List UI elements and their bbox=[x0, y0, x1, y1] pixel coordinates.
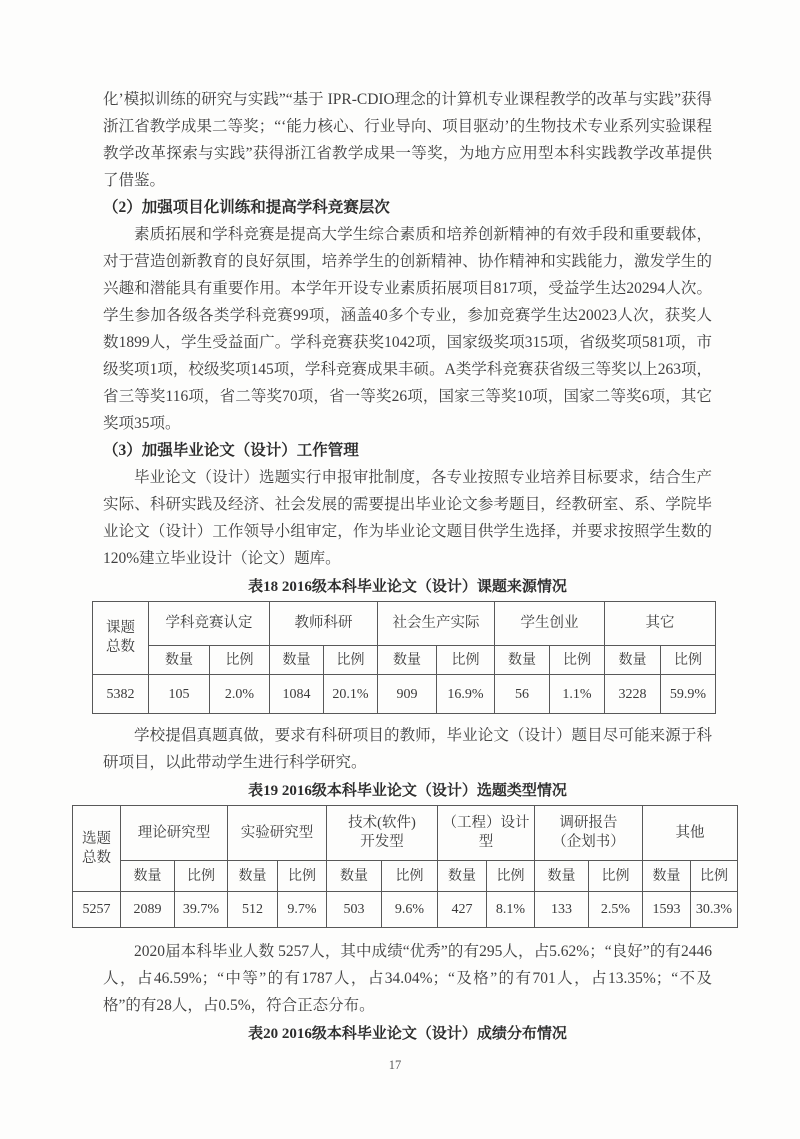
t19-subheader-count: 数量 bbox=[438, 861, 487, 892]
t18-ratio-cell: 20.1% bbox=[324, 675, 378, 714]
t19-subheader-count: 数量 bbox=[643, 861, 691, 892]
t19-subheader-count: 数量 bbox=[535, 861, 589, 892]
t19-ratio-cell: 8.1% bbox=[487, 892, 535, 928]
t19-header-row-1: 选题总数 理论研究型 实验研究型 技术(软件)开发型 （工程）设计型 调研报告（… bbox=[73, 806, 738, 861]
t19-corner-header: 选题总数 bbox=[73, 806, 121, 892]
t18-count-cell: 909 bbox=[378, 675, 437, 714]
t19-subheader-count: 数量 bbox=[121, 861, 175, 892]
t18-group-header-startup: 学生创业 bbox=[495, 602, 605, 646]
t19-subheader-count: 数量 bbox=[327, 861, 382, 892]
t18-subheader-ratio: 比例 bbox=[550, 646, 605, 675]
t19-subheader-ratio: 比例 bbox=[589, 861, 643, 892]
document-page: 化’模拟训练的研究与实践”“基于 IPR-CDIO理念的计算机专业课程教学的改革… bbox=[0, 0, 800, 1139]
t18-count-cell: 3228 bbox=[605, 675, 661, 714]
table18-caption: 表18 2016级本科毕业论文（设计）课题来源情况 bbox=[103, 575, 712, 599]
t19-group-header-engineering: （工程）设计型 bbox=[438, 806, 535, 861]
t19-count-cell: 512 bbox=[228, 892, 278, 928]
t18-subheader-count: 数量 bbox=[495, 646, 550, 675]
t19-ratio-cell: 2.5% bbox=[589, 892, 643, 928]
t18-subheader-count: 数量 bbox=[378, 646, 437, 675]
t18-subheader-count: 数量 bbox=[149, 646, 210, 675]
t19-ratio-cell: 9.6% bbox=[382, 892, 438, 928]
t18-data-row: 5382 105 2.0% 1084 20.1% 909 16.9% 56 1.… bbox=[93, 675, 716, 714]
t18-subheader-ratio: 比例 bbox=[661, 646, 716, 675]
t19-subheader-count: 数量 bbox=[228, 861, 278, 892]
t19-total-cell: 5257 bbox=[73, 892, 121, 928]
t18-ratio-cell: 16.9% bbox=[437, 675, 495, 714]
t19-subheader-ratio: 比例 bbox=[487, 861, 535, 892]
t18-count-cell: 1084 bbox=[270, 675, 324, 714]
t18-header-row-1: 课题总数 学科竞赛认定 教师科研 社会生产实际 学生创业 其它 bbox=[93, 602, 716, 646]
t18-group-header-research: 教师科研 bbox=[270, 602, 378, 646]
t19-subheader-ratio: 比例 bbox=[382, 861, 438, 892]
t19-subheader-ratio: 比例 bbox=[278, 861, 327, 892]
t18-ratio-cell: 1.1% bbox=[550, 675, 605, 714]
page-body: 化’模拟训练的研究与实践”“基于 IPR-CDIO理念的计算机专业课程教学的改革… bbox=[0, 0, 800, 1046]
t18-ratio-cell: 2.0% bbox=[210, 675, 270, 714]
section-heading-thesis: （3）加强毕业论文（设计）工作管理 bbox=[103, 437, 712, 464]
paragraph-real-topics: 学校提倡真题真做，要求有科研项目的教师，毕业论文（设计）题目尽可能来源于科研项目… bbox=[103, 722, 712, 776]
t19-count-cell: 1593 bbox=[643, 892, 691, 928]
t18-subheader-ratio: 比例 bbox=[324, 646, 378, 675]
paragraph-competitions: 素质拓展和学科竞赛是提高大学生综合素质和培养创新精神的有效手段和重要载体，对于营… bbox=[103, 221, 712, 437]
t19-group-header-survey: 调研报告（企划书） bbox=[535, 806, 643, 861]
t19-count-cell: 2089 bbox=[121, 892, 175, 928]
t18-group-header-production: 社会生产实际 bbox=[378, 602, 495, 646]
t19-data-row: 5257 2089 39.7% 512 9.7% 503 9.6% 427 8.… bbox=[73, 892, 738, 928]
t18-subheader-ratio: 比例 bbox=[437, 646, 495, 675]
t18-group-header-other: 其它 bbox=[605, 602, 716, 646]
section-heading-competitions: （2）加强项目化训练和提高学科竞赛层次 bbox=[103, 194, 712, 221]
t19-ratio-cell: 39.7% bbox=[175, 892, 228, 928]
t18-count-cell: 56 bbox=[495, 675, 550, 714]
t19-group-header-experiment: 实验研究型 bbox=[228, 806, 327, 861]
t19-count-cell: 427 bbox=[438, 892, 487, 928]
t18-ratio-cell: 59.9% bbox=[661, 675, 716, 714]
t18-group-header-competition: 学科竞赛认定 bbox=[149, 602, 270, 646]
t19-subheader-ratio: 比例 bbox=[691, 861, 738, 892]
t19-group-header-software: 技术(软件)开发型 bbox=[327, 806, 438, 861]
t19-ratio-cell: 30.3% bbox=[691, 892, 738, 928]
t19-header-row-2: 数量 比例 数量 比例 数量 比例 数量 比例 数量 比例 数量 比例 bbox=[73, 861, 738, 892]
t19-count-cell: 133 bbox=[535, 892, 589, 928]
table-18-topic-source: 课题总数 学科竞赛认定 教师科研 社会生产实际 学生创业 其它 数量 比例 数量… bbox=[92, 601, 716, 714]
t18-subheader-ratio: 比例 bbox=[210, 646, 270, 675]
t19-group-header-theory: 理论研究型 bbox=[121, 806, 228, 861]
paragraph-grade-distribution: 2020届本科毕业人数 5257人，其中成绩“优秀”的有295人，占5.62%；… bbox=[103, 938, 712, 1019]
t18-subheader-count: 数量 bbox=[605, 646, 661, 675]
page-number: 17 bbox=[0, 1058, 790, 1073]
t19-subheader-ratio: 比例 bbox=[175, 861, 228, 892]
t18-header-row-2: 数量 比例 数量 比例 数量 比例 数量 比例 数量 比例 bbox=[93, 646, 716, 675]
t18-subheader-count: 数量 bbox=[270, 646, 324, 675]
t18-count-cell: 105 bbox=[149, 675, 210, 714]
t19-count-cell: 503 bbox=[327, 892, 382, 928]
table19-caption: 表19 2016级本科毕业论文（设计）选题类型情况 bbox=[103, 779, 712, 803]
table20-caption: 表20 2016级本科毕业论文（设计）成绩分布情况 bbox=[103, 1022, 712, 1046]
paragraph-teaching-awards: 化’模拟训练的研究与实践”“基于 IPR-CDIO理念的计算机专业课程教学的改革… bbox=[103, 86, 712, 194]
t19-group-header-other: 其他 bbox=[643, 806, 738, 861]
table-19-topic-type: 选题总数 理论研究型 实验研究型 技术(软件)开发型 （工程）设计型 调研报告（… bbox=[72, 805, 738, 928]
t19-ratio-cell: 9.7% bbox=[278, 892, 327, 928]
paragraph-thesis-management: 毕业论文（设计）选题实行申报审批制度，各专业按照专业培养目标要求，结合生产实际、… bbox=[103, 464, 712, 572]
t18-corner-header: 课题总数 bbox=[93, 602, 149, 675]
t18-total-cell: 5382 bbox=[93, 675, 149, 714]
